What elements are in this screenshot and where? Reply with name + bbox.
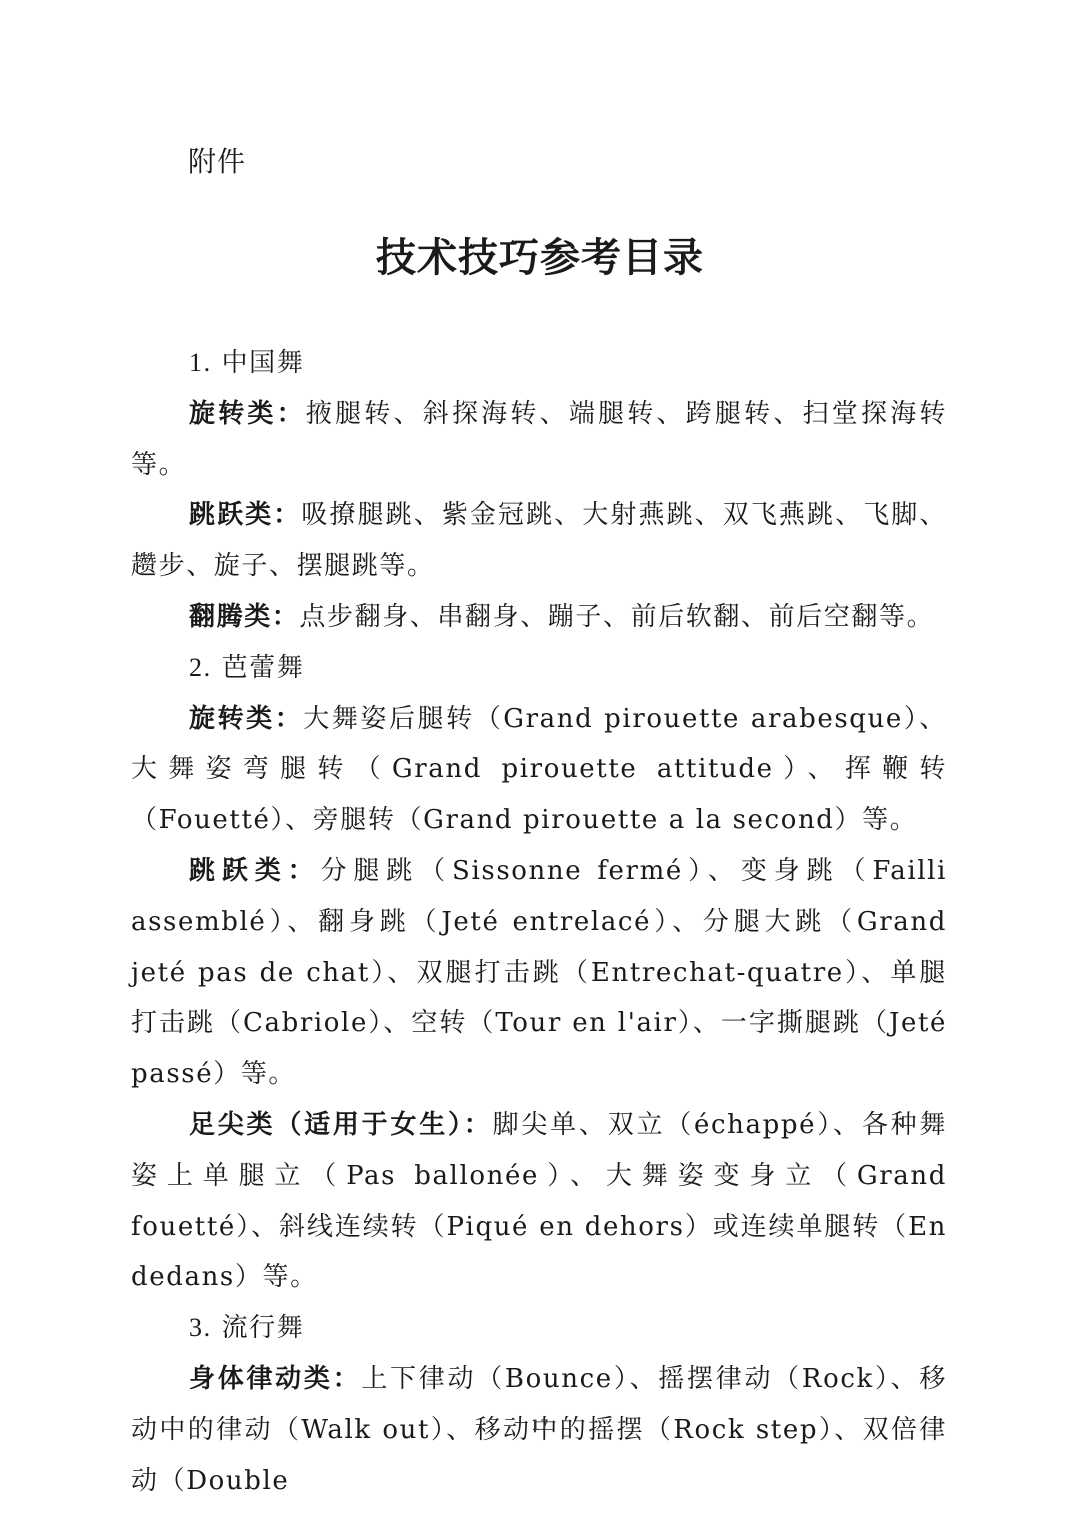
section-number: 3. [189, 1313, 212, 1342]
section-title: 中国舞 [222, 348, 305, 378]
document-title: 技术技巧参考目录 [0, 230, 1080, 286]
category-label: 身体律动类： [189, 1364, 361, 1394]
category-label: 旋转类： [189, 704, 303, 734]
category-label: 旋转类： [189, 399, 306, 429]
category-paragraph: 旋转类：大舞姿后腿转（Grand pirouette arabesque）、大舞… [131, 694, 947, 846]
category-label: 跳跃类： [189, 500, 301, 530]
attachment-label: 附件 [188, 142, 246, 182]
category-paragraph: 足尖类（适用于女生）：脚尖单、双立（échappé）、各种舞姿上单腿立（Pas … [131, 1100, 947, 1303]
category-paragraph: 跳跃类：分腿跳（Sissonne fermé）、变身跳（Failli assem… [131, 846, 947, 1100]
page-number: 17 [0, 1416, 1080, 1436]
category-paragraph: 旋转类：掖腿转、斜探海转、端腿转、跨腿转、扫堂探海转等。 [131, 389, 947, 491]
category-content: 分腿跳（Sissonne fermé）、变身跳（Failli assemblé）… [131, 856, 947, 1089]
section-title: 芭蕾舞 [222, 653, 305, 683]
section-heading-chinese-dance: 1. 中国舞 [131, 338, 947, 389]
document-page: 附件 技术技巧参考目录 1. 中国舞 旋转类：掖腿转、斜探海转、端腿转、跨腿转、… [0, 0, 1080, 1527]
category-paragraph: 翻腾类：点步翻身、串翻身、蹦子、前后软翻、前后空翻等。 [131, 592, 947, 643]
section-heading-ballet: 2. 芭蕾舞 [131, 643, 947, 694]
section-number: 2. [189, 653, 212, 682]
category-label: 跳跃类： [189, 856, 321, 886]
category-label: 翻腾类： [189, 602, 299, 632]
category-paragraph: 跳跃类：吸撩腿跳、紫金冠跳、大射燕跳、双飞燕跳、飞脚、趱步、旋子、摆腿跳等。 [131, 490, 947, 592]
section-heading-popular-dance: 3. 流行舞 [131, 1303, 947, 1354]
document-body: 1. 中国舞 旋转类：掖腿转、斜探海转、端腿转、跨腿转、扫堂探海转等。 跳跃类：… [131, 338, 947, 1506]
category-content: 点步翻身、串翻身、蹦子、前后软翻、前后空翻等。 [299, 602, 934, 632]
section-title: 流行舞 [222, 1313, 305, 1343]
section-number: 1. [189, 348, 212, 377]
category-label: 足尖类（适用于女生）： [189, 1110, 493, 1140]
